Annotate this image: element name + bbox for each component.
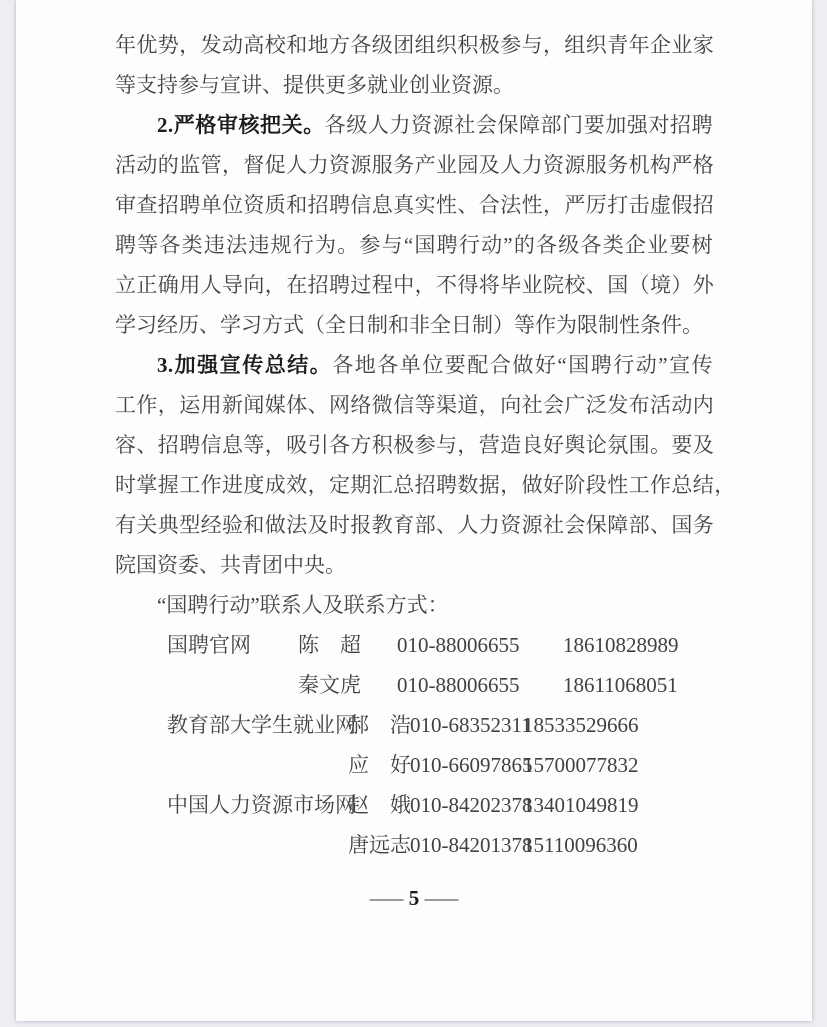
contact-name: 赵 娥 (348, 785, 411, 825)
body-text: 各地各单位要配合做好“国聘行动”宣传 (332, 353, 713, 377)
body-text: “国聘行动”联系人及联系方式： (157, 593, 449, 617)
contact-name: 应 好 (348, 745, 411, 785)
body-text: 活动的监管，督促人力资源服务产业园及人力资源服务机构严格 (115, 153, 714, 177)
body-line: 聘等各类违法违规行为。参与“国聘行动”的各级各类企业要树 (115, 225, 713, 265)
body-text: 时掌握工作进度成效，定期汇总招聘数据，做好阶段性工作总结， (115, 473, 736, 497)
body-line: 活动的监管，督促人力资源服务产业园及人力资源服务机构严格 (115, 145, 713, 185)
body-line: “国聘行动”联系人及联系方式： (115, 585, 713, 625)
body-line: 审查招聘单位资质和招聘信息真实性、合法性，严厉打击虚假招 (115, 185, 713, 225)
page-number-value: 5 (409, 886, 420, 910)
page-number: —5— (16, 878, 812, 918)
contact-row: 中国人力资源市场网赵 娥010-8420237813401049819 (115, 785, 713, 825)
document-viewer: 年优势，发动高校和地方各级团组织积极参与，组织青年企业家等支持参与宣讲、提供更多… (0, 0, 827, 1027)
body-line: 有关典型经验和做法及时报教育部、人力资源社会保障部、国务 (115, 505, 713, 545)
body-line: 时掌握工作进度成效，定期汇总招聘数据，做好阶段性工作总结， (115, 465, 713, 505)
emphasis-text: 2.严格审核把关。 (157, 113, 325, 137)
body-line: 年优势，发动高校和地方各级团组织积极参与，组织青年企业家 (115, 25, 713, 65)
body-text: 院国资委、共青团中央。 (115, 553, 346, 577)
contact-row: 应 好010-6609786515700077832 (115, 745, 713, 785)
document-page: 年优势，发动高校和地方各级团组织积极参与，组织青年企业家等支持参与宣讲、提供更多… (16, 0, 812, 1021)
body-text: 聘等各类违法违规行为。参与“国聘行动”的各级各类企业要树 (115, 233, 713, 257)
contact-website: 中国人力资源市场网 (167, 785, 356, 825)
contact-mobile: 18610828989 (563, 625, 679, 665)
body-line: 立正确用人导向，在招聘过程中，不得将毕业院校、国（境）外 (115, 265, 713, 305)
contact-website: 国聘官网 (167, 625, 251, 665)
contact-phone: 010-68352311 (410, 705, 532, 745)
body-line: 2.严格审核把关。各级人力资源社会保障部门要加强对招聘 (115, 105, 713, 145)
contact-name: 陈 超 (298, 625, 361, 665)
contact-name: 秦文虎 (298, 665, 361, 705)
body-text: 等支持参与宣讲、提供更多就业创业资源。 (115, 73, 514, 97)
contact-mobile: 15700077832 (523, 745, 639, 785)
body-text: 容、招聘信息等，吸引各方积极参与，营造良好舆论氛围。要及 (115, 433, 714, 457)
contact-phone: 010-88006655 (397, 625, 520, 665)
body-text: 工作，运用新闻媒体、网络微信等渠道，向社会广泛发布活动内 (115, 393, 714, 417)
body-text-block: 年优势，发动高校和地方各级团组织积极参与，组织青年企业家等支持参与宣讲、提供更多… (115, 25, 713, 865)
contact-mobile: 18533529666 (523, 705, 639, 745)
contact-website: 教育部大学生就业网 (167, 705, 356, 745)
contact-phone: 010-66097865 (410, 745, 533, 785)
contact-phone: 010-84202378 (410, 785, 533, 825)
contact-row: 国聘官网陈 超010-8800665518610828989 (115, 625, 713, 665)
body-line: 等支持参与宣讲、提供更多就业创业资源。 (115, 65, 713, 105)
body-line: 院国资委、共青团中央。 (115, 545, 713, 585)
body-text: 有关典型经验和做法及时报教育部、人力资源社会保障部、国务 (115, 513, 714, 537)
contact-phone: 010-84201378 (410, 825, 533, 865)
contact-mobile: 18611068051 (563, 665, 678, 705)
body-text: 学习经历、学习方式（全日制和非全日制）等作为限制性条件。 (115, 313, 703, 337)
contact-mobile: 15110096360 (523, 825, 638, 865)
contact-phone: 010-88006655 (397, 665, 520, 705)
contact-row: 教育部大学生就业网郝 浩010-6835231118533529666 (115, 705, 713, 745)
contact-row: 唐远志010-8420137815110096360 (115, 825, 713, 865)
page-number-dash-right: — (425, 878, 459, 918)
body-text: 年优势，发动高校和地方各级团组织积极参与，组织青年企业家 (115, 33, 714, 57)
body-line: 容、招聘信息等，吸引各方积极参与，营造良好舆论氛围。要及 (115, 425, 713, 465)
body-line: 学习经历、学习方式（全日制和非全日制）等作为限制性条件。 (115, 305, 713, 345)
body-text: 审查招聘单位资质和招聘信息真实性、合法性，严厉打击虚假招 (115, 193, 714, 217)
body-text: 各级人力资源社会保障部门要加强对招聘 (325, 113, 713, 137)
body-line: 工作，运用新闻媒体、网络微信等渠道，向社会广泛发布活动内 (115, 385, 713, 425)
page-number-dash-left: — (369, 878, 403, 918)
contact-name: 郝 浩 (348, 705, 411, 745)
contact-mobile: 13401049819 (523, 785, 639, 825)
body-line: 3.加强宣传总结。各地各单位要配合做好“国聘行动”宣传 (115, 345, 713, 385)
contact-name: 唐远志 (348, 825, 411, 865)
emphasis-text: 3.加强宣传总结。 (157, 353, 332, 377)
body-text: 立正确用人导向，在招聘过程中，不得将毕业院校、国（境）外 (115, 273, 714, 297)
contact-row: 秦文虎010-8800665518611068051 (115, 665, 713, 705)
